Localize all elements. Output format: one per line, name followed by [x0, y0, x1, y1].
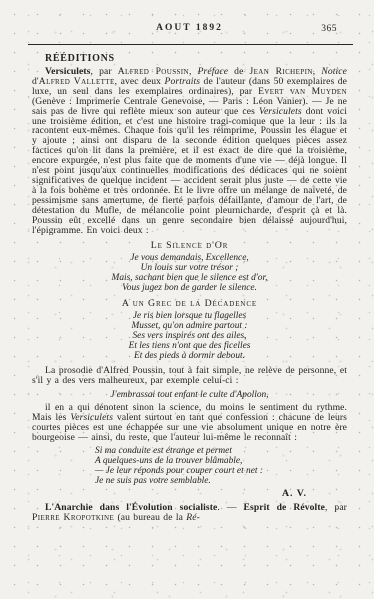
- reviewer-initials: A. V.: [32, 488, 347, 499]
- poem-line: Je vous demandais, Excellence,: [32, 253, 347, 263]
- review1-paragraph-2: La prosodie d'Alfred Poussin, tout à fai…: [32, 366, 347, 386]
- header-page-number: 365: [321, 24, 337, 34]
- header-date: AOUT 1892: [32, 23, 347, 33]
- poem-line: Et des pieds à dormir debout.: [32, 351, 347, 361]
- poem-line: A quelques-uns de la trouver blâmable,: [95, 456, 347, 466]
- review1-paragraph-3: il en a qui dénotent sinon la science, d…: [32, 403, 347, 443]
- poem-line: Je ris bien lorsque tu flagelles: [32, 311, 347, 321]
- poem-line: — Je leur réponds pour couper court et n…: [95, 466, 347, 476]
- verse-quote-line: J'embrassai tout enfant le culte d'Apoll…: [32, 390, 347, 400]
- review1-paragraph-1: Versiculets, par Alfred Poussin, Préface…: [32, 67, 347, 235]
- poem-line: Je ne suis pas votre semblable.: [95, 476, 347, 486]
- poem-line: Et les tiens n'ont que des ficelles: [32, 341, 347, 351]
- poem3: Si ma conduite est étrange et permet A q…: [95, 446, 347, 486]
- review2-paragraph: L'Anarchie dans l'Évolution socialiste. …: [32, 503, 347, 523]
- section-title: RÉÉDITIONS: [32, 53, 347, 64]
- poem-line: Un louis sur votre trésor ;: [32, 263, 347, 273]
- poem-line: Mais, sachant bien que le silence est d'…: [32, 273, 347, 283]
- poem2: Je ris bien lorsque tu flagelles Musset,…: [32, 311, 347, 361]
- poem-line: Si ma conduite est étrange et permet: [95, 446, 347, 456]
- poem1: Je vous demandais, Excellence, Un louis …: [32, 253, 347, 293]
- scanned-page: AOUT 1892 365 RÉÉDITIONS Versiculets, pa…: [0, 0, 374, 599]
- poem1-title: Le Silence d'Or: [32, 240, 347, 251]
- header-rule: [28, 44, 353, 45]
- poem2-title: A un Grec de la Décadence: [32, 298, 347, 309]
- poem-line: Musset, qu'on admire partout :: [32, 321, 347, 331]
- poem-line: Ses vers inspirés ont des ailes,: [32, 331, 347, 341]
- poem-line: Vous jugez bon de garder le silence.: [32, 283, 347, 293]
- page-header: AOUT 1892 365: [32, 23, 347, 39]
